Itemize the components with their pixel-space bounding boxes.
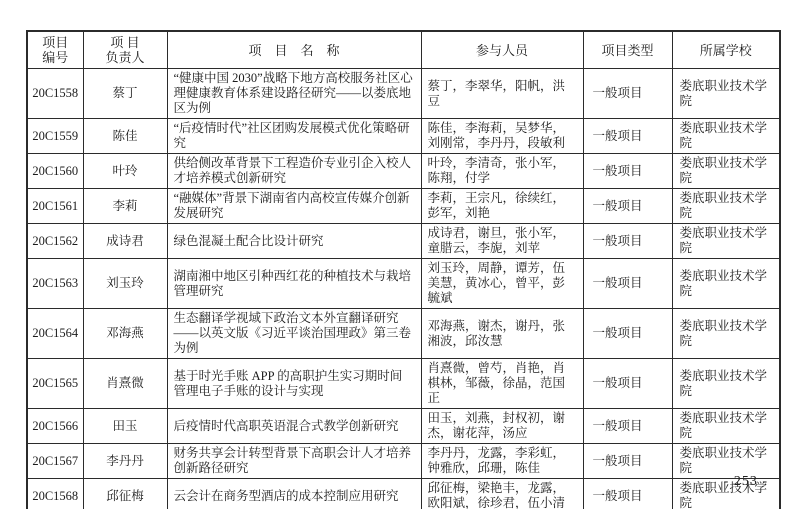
table-row: 20C1561 李莉 “融媒体”背景下湖南省内高校宣传媒介创新发展研究 李莉，王… [27, 189, 780, 224]
cell-participants: 成诗君，谢旦，张小军，童腊云，李旎，刘苹 [421, 224, 583, 259]
cell-project-id: 20C1558 [27, 69, 83, 119]
cell-project-type: 一般项目 [583, 69, 672, 119]
table-row: 20C1565 肖熹微 基于时光手账 APP 的高职护生实习期时间管理电子手账的… [27, 359, 780, 409]
cell-participants: 李莉，王宗凡，徐续红，彭军，刘艳 [421, 189, 583, 224]
cell-participants: 陈佳，李海莉，吴梦华，刘刚常，李丹丹，段敏利 [421, 119, 583, 154]
cell-project-type: 一般项目 [583, 259, 672, 309]
cell-project-type: 一般项目 [583, 409, 672, 444]
cell-project-id: 20C1563 [27, 259, 83, 309]
table-header: 项目 编号 项 目 负责人 项 目 名 称 参与人员 项目类型 所属学校 [27, 31, 780, 69]
cell-participants: 叶玲，李清奇，张小军，陈翔，付学 [421, 154, 583, 189]
cell-project-title: 绿色混凝土配合比设计研究 [167, 224, 421, 259]
cell-project-type: 一般项目 [583, 359, 672, 409]
cell-project-type: 一般项目 [583, 444, 672, 479]
cell-project-id: 20C1566 [27, 409, 83, 444]
cell-project-id: 20C1562 [27, 224, 83, 259]
cell-leader: 蔡丁 [83, 69, 167, 119]
column-header-project-title: 项 目 名 称 [167, 31, 421, 69]
column-header-school: 所属学校 [672, 31, 780, 69]
cell-project-type: 一般项目 [583, 309, 672, 359]
cell-project-title: 后疫情时代高职英语混合式教学创新研究 [167, 409, 421, 444]
cell-project-id: 20C1565 [27, 359, 83, 409]
cell-project-title: 财务共享会计转型背景下高职会计人才培养创新路径研究 [167, 444, 421, 479]
column-header-participants: 参与人员 [421, 31, 583, 69]
cell-participants: 蔡丁，李翠华，阳帆，洪豆 [421, 69, 583, 119]
document-page: 项目 编号 项 目 负责人 项 目 名 称 参与人员 项目类型 所属学校 20C… [0, 0, 800, 509]
cell-leader: 邓海燕 [83, 309, 167, 359]
table-header-row: 项目 编号 项 目 负责人 项 目 名 称 参与人员 项目类型 所属学校 [27, 31, 780, 69]
cell-project-id: 20C1567 [27, 444, 83, 479]
table-row: 20C1564 邓海燕 生态翻译学视域下政治文本外宣翻译研究——以英文版《习近平… [27, 309, 780, 359]
cell-school: 娄底职业技术学院 [672, 409, 780, 444]
page-number: - 253 - [724, 474, 768, 490]
cell-school: 娄底职业技术学院 [672, 69, 780, 119]
cell-leader: 李丹丹 [83, 444, 167, 479]
table-row: 20C1559 陈佳 “后疫情时代”社区团购发展模式优化策略研究 陈佳，李海莉，… [27, 119, 780, 154]
cell-school: 娄底职业技术学院 [672, 259, 780, 309]
cell-leader: 田玉 [83, 409, 167, 444]
cell-project-type: 一般项目 [583, 154, 672, 189]
cell-leader: 肖熹微 [83, 359, 167, 409]
table-row: 20C1568 邱征梅 云会计在商务型酒店的成本控制应用研究 邱征梅，梁艳丰，龙… [27, 479, 780, 509]
cell-school: 娄底职业技术学院 [672, 309, 780, 359]
cell-project-title: 生态翻译学视域下政治文本外宣翻译研究——以英文版《习近平谈治国理政》第三卷为例 [167, 309, 421, 359]
cell-project-type: 一般项目 [583, 224, 672, 259]
table-body: 20C1558 蔡丁 “健康中国 2030”战略下地方高校服务社区心理健康教育体… [27, 69, 780, 509]
cell-project-title: 云会计在商务型酒店的成本控制应用研究 [167, 479, 421, 509]
cell-project-title: “后疫情时代”社区团购发展模式优化策略研究 [167, 119, 421, 154]
cell-project-type: 一般项目 [583, 119, 672, 154]
cell-school: 娄底职业技术学院 [672, 119, 780, 154]
cell-participants: 刘玉玲，周静，谭芳，伍美慧，黄冰心，曾平，彭毓斌 [421, 259, 583, 309]
cell-leader: 李莉 [83, 189, 167, 224]
cell-leader: 陈佳 [83, 119, 167, 154]
column-header-leader: 项 目 负责人 [83, 31, 167, 69]
cell-project-id: 20C1568 [27, 479, 83, 509]
cell-leader: 叶玲 [83, 154, 167, 189]
cell-project-title: 基于时光手账 APP 的高职护生实习期时间管理电子手账的设计与实现 [167, 359, 421, 409]
cell-project-id: 20C1560 [27, 154, 83, 189]
table-row: 20C1567 李丹丹 财务共享会计转型背景下高职会计人才培养创新路径研究 李丹… [27, 444, 780, 479]
cell-project-title: 供给侧改革背景下工程造价专业引企入校人才培养模式创新研究 [167, 154, 421, 189]
cell-project-type: 一般项目 [583, 479, 672, 509]
cell-participants: 邓海燕，谢杰，谢丹，张湘波，邱汝慧 [421, 309, 583, 359]
column-header-project-id: 项目 编号 [27, 31, 83, 69]
cell-project-id: 20C1564 [27, 309, 83, 359]
cell-school: 娄底职业技术学院 [672, 189, 780, 224]
cell-project-title: 湖南湘中地区引种西红花的种植技术与栽培管理研究 [167, 259, 421, 309]
table-row: 20C1563 刘玉玲 湖南湘中地区引种西红花的种植技术与栽培管理研究 刘玉玲，… [27, 259, 780, 309]
cell-participants: 肖熹微，曾芍，肖艳，肖棋林，邹薇，徐晶，范国正 [421, 359, 583, 409]
table-row: 20C1566 田玉 后疫情时代高职英语混合式教学创新研究 田玉，刘燕，封权初，… [27, 409, 780, 444]
cell-project-id: 20C1559 [27, 119, 83, 154]
cell-school: 娄底职业技术学院 [672, 359, 780, 409]
cell-participants: 李丹丹，龙露，李彩虹，钟雅欣，邱珊，陈佳 [421, 444, 583, 479]
cell-project-type: 一般项目 [583, 189, 672, 224]
project-table: 项目 编号 项 目 负责人 项 目 名 称 参与人员 项目类型 所属学校 20C… [26, 30, 781, 509]
column-header-project-type: 项目类型 [583, 31, 672, 69]
cell-project-title: “融媒体”背景下湖南省内高校宣传媒介创新发展研究 [167, 189, 421, 224]
cell-school: 娄底职业技术学院 [672, 224, 780, 259]
cell-participants: 田玉，刘燕，封权初，谢杰，谢花萍，汤应 [421, 409, 583, 444]
table-row: 20C1558 蔡丁 “健康中国 2030”战略下地方高校服务社区心理健康教育体… [27, 69, 780, 119]
cell-project-title: “健康中国 2030”战略下地方高校服务社区心理健康教育体系建设路径研究——以娄… [167, 69, 421, 119]
cell-participants: 邱征梅，梁艳丰，龙露，欧阳斌，徐珍君，伍小清 [421, 479, 583, 509]
cell-school: 娄底职业技术学院 [672, 154, 780, 189]
table-row: 20C1562 成诗君 绿色混凝土配合比设计研究 成诗君，谢旦，张小军，童腊云，… [27, 224, 780, 259]
cell-leader: 刘玉玲 [83, 259, 167, 309]
cell-leader: 成诗君 [83, 224, 167, 259]
cell-project-id: 20C1561 [27, 189, 83, 224]
table-row: 20C1560 叶玲 供给侧改革背景下工程造价专业引企入校人才培养模式创新研究 … [27, 154, 780, 189]
cell-leader: 邱征梅 [83, 479, 167, 509]
